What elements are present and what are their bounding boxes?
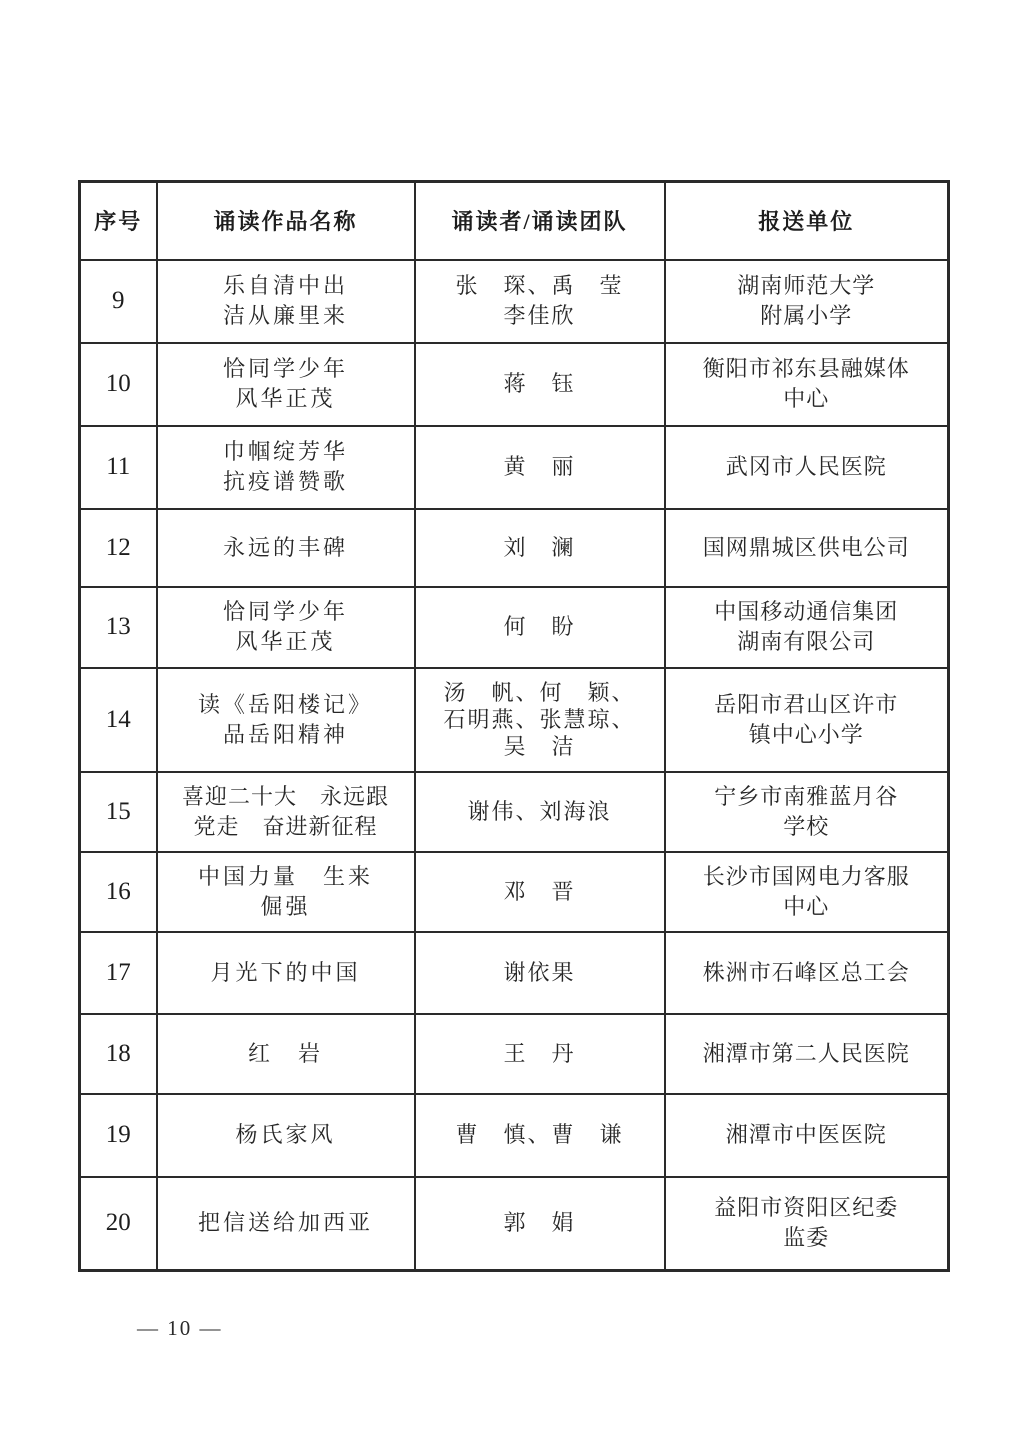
table-row: 18 红 岩 王 丹 湘潭市第二人民医院 bbox=[80, 1014, 949, 1094]
reciter-cell: 刘 澜 bbox=[415, 509, 665, 587]
title-cell: 杨氏家风 bbox=[157, 1094, 415, 1177]
serial-cell: 20 bbox=[80, 1177, 157, 1271]
title-cell: 把信送给加西亚 bbox=[157, 1177, 415, 1271]
table-row: 12 永远的丰碑 刘 澜 国网鼎城区供电公司 bbox=[80, 509, 949, 587]
serial-cell: 17 bbox=[80, 932, 157, 1014]
title-cell: 喜迎二十大 永远跟 党走 奋进新征程 bbox=[157, 772, 415, 852]
reciter-cell: 张 琛、禹 莹 李佳欣 bbox=[415, 260, 665, 343]
unit-cell: 长沙市国网电力客服 中心 bbox=[665, 852, 949, 932]
header-reciter: 诵读者/诵读团队 bbox=[415, 182, 665, 260]
serial-cell: 19 bbox=[80, 1094, 157, 1177]
unit-cell: 中国移动通信集团 湖南有限公司 bbox=[665, 587, 949, 668]
reciter-cell: 蒋 钰 bbox=[415, 343, 665, 426]
header-serial: 序号 bbox=[80, 182, 157, 260]
title-cell: 读《岳阳楼记》 品岳阳精神 bbox=[157, 668, 415, 772]
title-cell: 中国力量 生来 倔强 bbox=[157, 852, 415, 932]
reciter-cell: 黄 丽 bbox=[415, 426, 665, 509]
reciter-cell: 何 盼 bbox=[415, 587, 665, 668]
serial-cell: 18 bbox=[80, 1014, 157, 1094]
table-row: 15 喜迎二十大 永远跟 党走 奋进新征程 谢伟、刘海浪 宁乡市南雅蓝月谷 学校 bbox=[80, 772, 949, 852]
title-cell: 巾帼绽芳华 抗疫谱赞歌 bbox=[157, 426, 415, 509]
reciter-cell: 郭 娟 bbox=[415, 1177, 665, 1271]
serial-cell: 14 bbox=[80, 668, 157, 772]
table-header-row: 序号 诵读作品名称 诵读者/诵读团队 报送单位 bbox=[80, 182, 949, 260]
serial-cell: 15 bbox=[80, 772, 157, 852]
reciter-cell: 曹 慎、曹 谦 bbox=[415, 1094, 665, 1177]
reciter-cell: 汤 帆、何 颖、 石明燕、张慧琼、 吴 洁 bbox=[415, 668, 665, 772]
reciter-cell: 谢依果 bbox=[415, 932, 665, 1014]
title-cell: 红 岩 bbox=[157, 1014, 415, 1094]
title-cell: 乐自清中出 洁从廉里来 bbox=[157, 260, 415, 343]
reciter-cell: 谢伟、刘海浪 bbox=[415, 772, 665, 852]
title-cell: 永远的丰碑 bbox=[157, 509, 415, 587]
table-row: 19 杨氏家风 曹 慎、曹 谦 湘潭市中医医院 bbox=[80, 1094, 949, 1177]
table-row: 10 恰同学少年 风华正茂 蒋 钰 衡阳市祁东县融媒体 中心 bbox=[80, 343, 949, 426]
page-number: — 10 — bbox=[137, 1316, 223, 1341]
serial-cell: 9 bbox=[80, 260, 157, 343]
unit-cell: 湖南师范大学 附属小学 bbox=[665, 260, 949, 343]
table-row: 16 中国力量 生来 倔强 邓 晋 长沙市国网电力客服 中心 bbox=[80, 852, 949, 932]
header-unit: 报送单位 bbox=[665, 182, 949, 260]
reciter-cell: 邓 晋 bbox=[415, 852, 665, 932]
title-cell: 月光下的中国 bbox=[157, 932, 415, 1014]
table-row: 9 乐自清中出 洁从廉里来 张 琛、禹 莹 李佳欣 湖南师范大学 附属小学 bbox=[80, 260, 949, 343]
table-row: 13 恰同学少年 风华正茂 何 盼 中国移动通信集团 湖南有限公司 bbox=[80, 587, 949, 668]
serial-cell: 16 bbox=[80, 852, 157, 932]
unit-cell: 湘潭市第二人民医院 bbox=[665, 1014, 949, 1094]
serial-cell: 12 bbox=[80, 509, 157, 587]
unit-cell: 益阳市资阳区纪委 监委 bbox=[665, 1177, 949, 1271]
table-row: 11 巾帼绽芳华 抗疫谱赞歌 黄 丽 武冈市人民医院 bbox=[80, 426, 949, 509]
serial-cell: 11 bbox=[80, 426, 157, 509]
unit-cell: 国网鼎城区供电公司 bbox=[665, 509, 949, 587]
unit-cell: 湘潭市中医医院 bbox=[665, 1094, 949, 1177]
title-cell: 恰同学少年 风华正茂 bbox=[157, 587, 415, 668]
table-row: 17 月光下的中国 谢依果 株洲市石峰区总工会 bbox=[80, 932, 949, 1014]
unit-cell: 岳阳市君山区许市 镇中心小学 bbox=[665, 668, 949, 772]
unit-cell: 衡阳市祁东县融媒体 中心 bbox=[665, 343, 949, 426]
serial-cell: 13 bbox=[80, 587, 157, 668]
unit-cell: 宁乡市南雅蓝月谷 学校 bbox=[665, 772, 949, 852]
recitation-works-table: 序号 诵读作品名称 诵读者/诵读团队 报送单位 9 乐自清中出 洁从廉里来 张 … bbox=[78, 180, 950, 1272]
reciter-cell: 王 丹 bbox=[415, 1014, 665, 1094]
title-cell: 恰同学少年 风华正茂 bbox=[157, 343, 415, 426]
unit-cell: 武冈市人民医院 bbox=[665, 426, 949, 509]
unit-cell: 株洲市石峰区总工会 bbox=[665, 932, 949, 1014]
header-title: 诵读作品名称 bbox=[157, 182, 415, 260]
table-row: 14 读《岳阳楼记》 品岳阳精神 汤 帆、何 颖、 石明燕、张慧琼、 吴 洁 岳… bbox=[80, 668, 949, 772]
table-row: 20 把信送给加西亚 郭 娟 益阳市资阳区纪委 监委 bbox=[80, 1177, 949, 1271]
serial-cell: 10 bbox=[80, 343, 157, 426]
